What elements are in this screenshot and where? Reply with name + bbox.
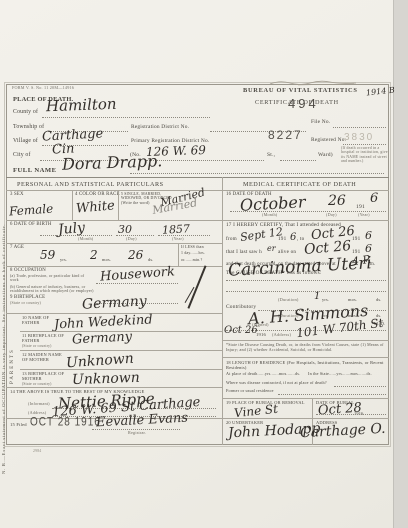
- ds-label: ds.: [148, 257, 154, 262]
- handwriting-sign-date: Oct 26: [224, 326, 258, 336]
- occupation-label: 8 OCCUPATION: [10, 268, 46, 274]
- age-note-line2: 1 day.......hrs.: [181, 251, 205, 255]
- handwriting-dob-year: 1857: [162, 223, 191, 235]
- yrs-label: yrs.: [60, 257, 67, 262]
- month-sublabel: (Month): [78, 237, 93, 242]
- from-label: from: [226, 237, 237, 243]
- parents-vertical-label: PARENTS: [10, 348, 16, 384]
- residence-at-place: At place of death......yrs.......mos....…: [226, 372, 300, 377]
- residence-in-state: In the State......yrs.......mos.......ds…: [308, 372, 372, 377]
- cause-yrs-label: yrs.: [322, 297, 329, 302]
- residence-label: 18 LENGTH OF RESIDENCE (For Hospitals, I…: [226, 360, 386, 370]
- stamp-primary-district: 8227: [268, 129, 303, 141]
- faint-script-mark: [268, 79, 360, 87]
- dod-month-sublabel: (Month): [262, 213, 277, 218]
- handwriting-to-year: 6: [365, 230, 372, 241]
- birthplace-label: 9 BIRTHPLACE: [10, 295, 45, 301]
- scanned-death-certificate: N. B.—Exact statement of OCCUPATION is v…: [0, 0, 408, 528]
- day-sublabel: (Day): [126, 237, 137, 242]
- mother-maiden-name-label: 12 MAIDEN NAME OF MOTHER: [22, 352, 66, 362]
- dotted-line: [333, 127, 386, 128]
- dotted-line: [343, 144, 386, 145]
- last-saw-label: that I last saw h: [226, 250, 262, 256]
- scan-edge-strip: [394, 0, 408, 528]
- row-line: [6, 266, 222, 267]
- color-race-label: 4 COLOR OR RACE: [75, 192, 120, 198]
- cause-ds-label: ds.: [376, 297, 382, 302]
- dotted-line: [158, 235, 210, 236]
- row-line: [6, 243, 222, 244]
- stamp-filed-date: OCT 28 1916: [30, 417, 101, 429]
- handwriting-from-year: 6: [290, 233, 296, 243]
- ward-label: Ward): [318, 152, 333, 158]
- row-line: [6, 220, 222, 221]
- handwriting-dod-year: 6: [370, 192, 378, 205]
- age-note-line1: If LESS than: [181, 245, 204, 249]
- year-sublabel: (Year): [172, 237, 184, 242]
- dod-day-sublabel: (Day): [326, 213, 337, 218]
- handwriting-mother-birthplace: Unknown: [72, 371, 140, 387]
- age-note-line3: or.......min.?: [181, 258, 202, 262]
- form-number: FORM V. S. No. 11 20M—14916: [12, 86, 74, 91]
- column-divider: [222, 177, 223, 445]
- handwriting-her: er: [267, 245, 276, 253]
- handwriting-father-birthplace: Germany: [72, 330, 133, 346]
- handwriting-sex: Female: [9, 202, 54, 217]
- dotted-line: [278, 394, 386, 395]
- file-no-label: File No.: [311, 119, 330, 125]
- mother-birthplace-sublabel: (State or country): [22, 382, 52, 386]
- dotted-line: [42, 117, 210, 118]
- alive-on-label: alive on: [278, 250, 296, 256]
- handwriting-color: White: [76, 199, 116, 215]
- row-line: [222, 398, 389, 399]
- father-name-label: 10 NAME OF FATHER: [22, 315, 56, 325]
- village-label: Village of: [13, 138, 38, 145]
- hospital-note: (If death occurred in a hospital or inst…: [341, 146, 388, 163]
- handwriting-dod-day: 26: [328, 194, 346, 208]
- sex-label: 3 SEX: [10, 192, 24, 198]
- stamp-registered-number: 3830: [344, 133, 374, 143]
- handwriting-dob-day: 30: [118, 224, 132, 235]
- from-year-print: 191: [278, 237, 286, 243]
- registered-no-label: Registered No.: [311, 137, 346, 143]
- dod-year-sublabel: (Year): [358, 213, 370, 218]
- age-label: 7 AGE: [10, 245, 24, 251]
- cell-divider: [118, 190, 119, 220]
- handwriting-full-name: Dora Drapp.: [62, 153, 163, 172]
- row-line: [222, 418, 389, 419]
- dotted-line: [226, 280, 386, 281]
- left-column-header: PERSONAL AND STATISTICAL PARTICULARS: [17, 181, 164, 188]
- father-birthplace-label: 11 BIRTHPLACE OF FATHER: [22, 333, 66, 343]
- row-line: [6, 387, 222, 388]
- residence-where-contracted: Where was disease contracted, if not at …: [226, 381, 327, 386]
- county-label: County of: [13, 109, 38, 116]
- handwriting-age-months: 2: [90, 249, 98, 261]
- full-name-label: FULL NAME: [13, 167, 57, 175]
- mother-birthplace-label: 13 BIRTHPLACE OF MOTHER: [22, 371, 66, 381]
- informant-label: (Informant): [28, 402, 50, 407]
- occupation-a-label: (a) Trade, profession, or particular kin…: [10, 274, 94, 283]
- cell-divider: [72, 190, 73, 220]
- dotted-line: [334, 386, 386, 387]
- mos-label: mos.: [102, 257, 111, 262]
- dob-label: 6 DATE OF BIRTH: [10, 222, 52, 228]
- dotted-line: [40, 235, 112, 236]
- handwriting-birthplace: Germany: [82, 294, 147, 311]
- handwriting-county: Hamilton: [46, 97, 117, 114]
- township-label: Township of: [13, 124, 44, 131]
- margin-occupation-note: N. B.—Exact statement of OCCUPATION is v…: [1, 224, 6, 474]
- registrar-label: Registrar.: [128, 431, 146, 436]
- row-line: [222, 357, 389, 358]
- row-line: [222, 220, 389, 221]
- city-label: City of: [13, 152, 31, 159]
- registration-district-label: Registration District No.: [131, 124, 189, 130]
- father-birthplace-sublabel: (State or country): [22, 344, 52, 348]
- dotted-line: [96, 283, 178, 284]
- bureau-title: BUREAU OF VITAL STATISTICS: [243, 87, 358, 94]
- handwriting-age-days: 26: [128, 249, 143, 261]
- cause-duration-label: (Duration): [278, 297, 299, 302]
- occupation-b-label: (b) General nature of industry, business…: [10, 285, 94, 294]
- st-label: St.,: [267, 152, 275, 158]
- dotted-line: [280, 160, 316, 161]
- stamp-district-number: 494: [288, 97, 319, 110]
- footer-mark: 2984: [33, 449, 41, 453]
- right-column-header: MEDICAL CERTIFICATE OF DEATH: [243, 181, 356, 188]
- dotted-line: [316, 414, 386, 415]
- dotted-line: [130, 173, 384, 174]
- residence-former: Former or usual residence: [226, 389, 274, 394]
- row-line: [222, 340, 389, 341]
- physician-address-label: (Address): [272, 332, 291, 337]
- sign-year: 1916: [256, 332, 266, 337]
- dotted-line: [226, 291, 386, 292]
- dod-year-print: 191: [356, 204, 365, 210]
- to-year-print: 191: [352, 237, 360, 243]
- filed-label: 15 Filed: [10, 422, 27, 427]
- birthplace-sublabel: (State or country): [10, 301, 41, 305]
- handwriting-cause-duration: 1: [314, 292, 320, 302]
- dotted-line: [146, 160, 264, 161]
- section-divider: [6, 177, 389, 178]
- handwriting-age-years: 59: [40, 249, 55, 261]
- cell-divider: [178, 243, 179, 266]
- cause-footnote: *State the Disease Causing Death, or, in…: [226, 343, 386, 352]
- informant-address-label: (Address): [28, 411, 46, 416]
